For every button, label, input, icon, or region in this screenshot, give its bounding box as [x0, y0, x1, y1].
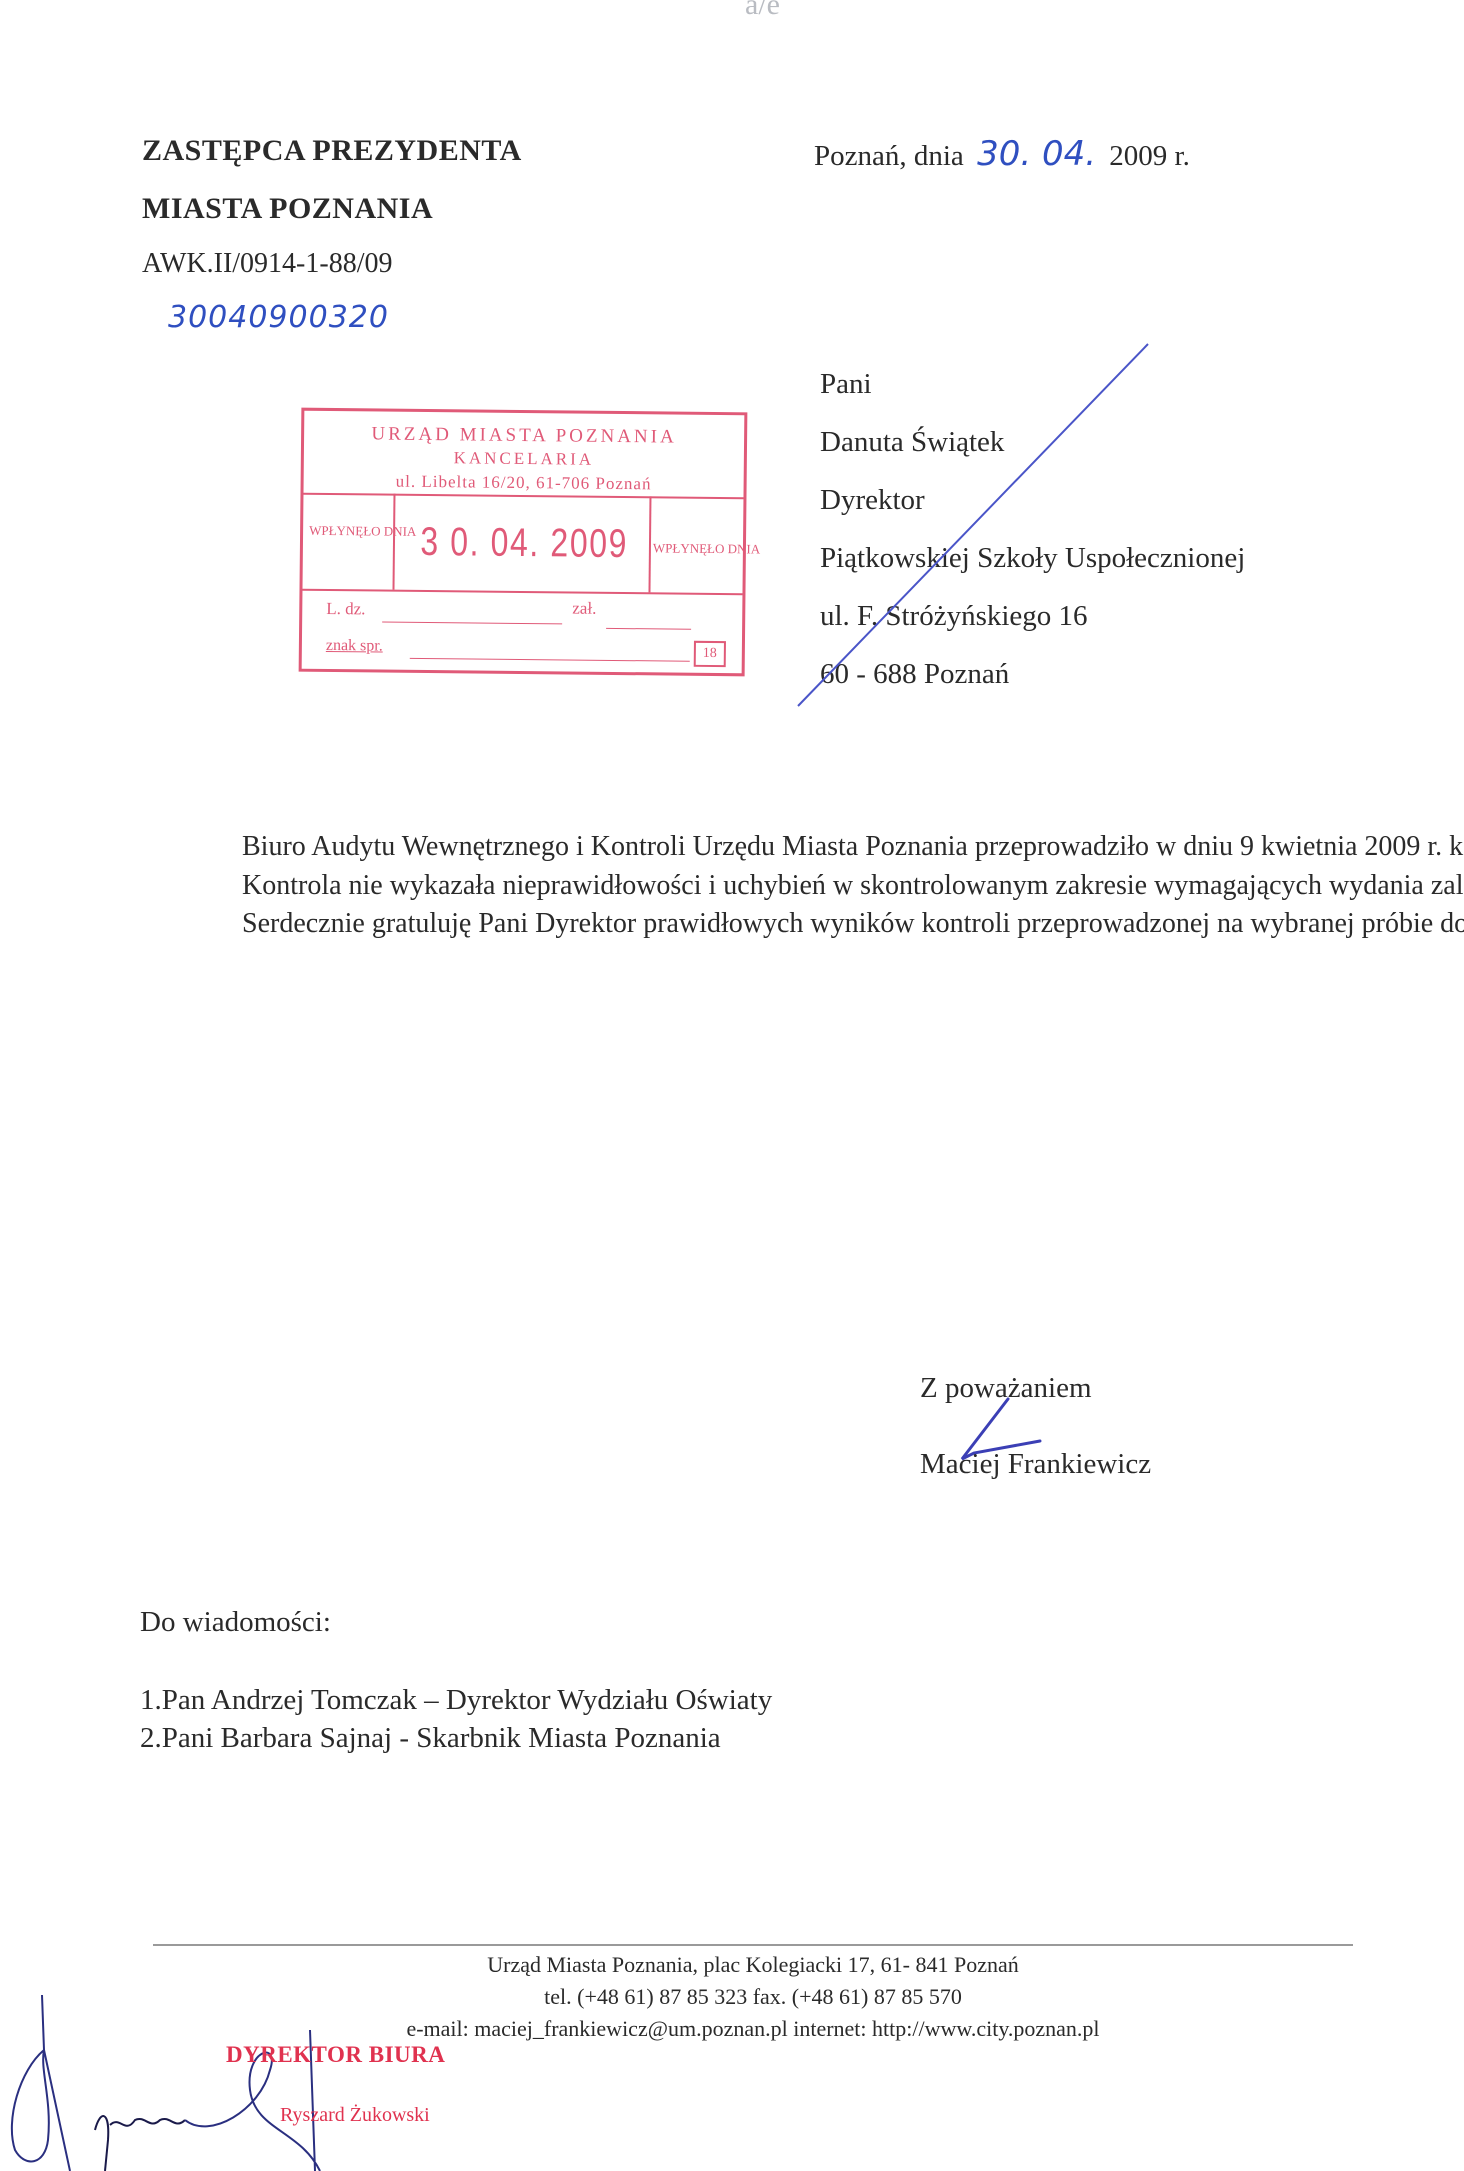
letter-body: Biuro Audytu Wewnętrznego i Kontroli Urz…: [140, 828, 1404, 944]
letter-date: Poznań, dnia 30. 04. 2009 r.: [814, 134, 1190, 174]
director-stamp-title: DYREKTOR BIURA: [226, 2042, 445, 2068]
body-paragraph-3: Serdecznie gratuluję Pani Dyrektor prawi…: [140, 905, 1404, 944]
stamp-zal-line: [606, 628, 691, 630]
date-prefix: Poznań, dnia: [814, 140, 964, 172]
cc-item-1: 1.Pan Andrzej Tomczak – Dyrektor Wydział…: [140, 1684, 772, 1717]
director-stamp-name: Ryszard Żukowski: [280, 2104, 430, 2127]
stamp-ldz-line: [382, 622, 562, 625]
footer-website-link[interactable]: http://www.city.poznan.pl: [872, 2016, 1100, 2041]
stamp-divider: [648, 496, 651, 592]
cc-title: Do wiadomości:: [140, 1606, 331, 1639]
footer-divider: [153, 1944, 1353, 1946]
stamp-received-date: 3 0. 04. 2009: [420, 520, 624, 567]
footer-email: e-mail: maciej_frankiewicz@um.poznan.pl …: [406, 2016, 872, 2041]
reference-number: AWK.II/0914-1-88/09: [142, 248, 392, 280]
date-suffix: 2009 r.: [1109, 140, 1190, 172]
signer-name: Maciej Frankiewicz: [920, 1448, 1151, 1481]
sender-title-line1: ZASTĘPCA PREZYDENTA: [142, 134, 522, 168]
stamp-znak-label: znak spr.: [326, 637, 383, 656]
footer-address: Urząd Miasta Poznania, plac Kolegiacki 1…: [153, 1952, 1353, 1978]
stamp-department: KANCELARIA: [304, 447, 744, 472]
sender-title-line2: MIASTA POZNANIA: [142, 192, 433, 226]
stamp-office: URZĄD MIASTA POZNANIA: [304, 423, 744, 450]
body-paragraph-1: Biuro Audytu Wewnętrznego i Kontroli Urz…: [140, 828, 1404, 867]
top-handwritten-mark: a/e: [745, 0, 780, 22]
stamp-znak-line: [410, 658, 690, 662]
stamp-divider: [392, 494, 395, 590]
stamp-ldz-label: L. dz.: [326, 599, 365, 619]
handwritten-slash-mark: [790, 340, 1160, 710]
registry-stamp: URZĄD MIASTA POZNANIA KANCELARIA ul. Lib…: [299, 408, 748, 677]
handwritten-case-number: 30040900320: [168, 300, 389, 335]
stamp-divider: [302, 589, 742, 596]
body-paragraph-2: Kontrola nie wykazała nieprawidłowości i…: [140, 867, 1404, 906]
stamp-received-right: WPŁYNĘŁO DNIA: [653, 540, 739, 557]
stamp-received-left: WPŁYNĘŁO DNIA: [309, 523, 391, 540]
stamp-zal-label: zał.: [572, 599, 596, 619]
stamp-address: ul. Libelta 16/20, 61-706 Poznań: [304, 471, 744, 496]
director-signature: [0, 1990, 380, 2171]
cc-item-2: 2.Pani Barbara Sajnaj - Skarbnik Miasta …: [140, 1722, 721, 1755]
stamp-box-number: 18: [694, 641, 726, 667]
date-handwritten: 30. 04.: [977, 134, 1096, 174]
